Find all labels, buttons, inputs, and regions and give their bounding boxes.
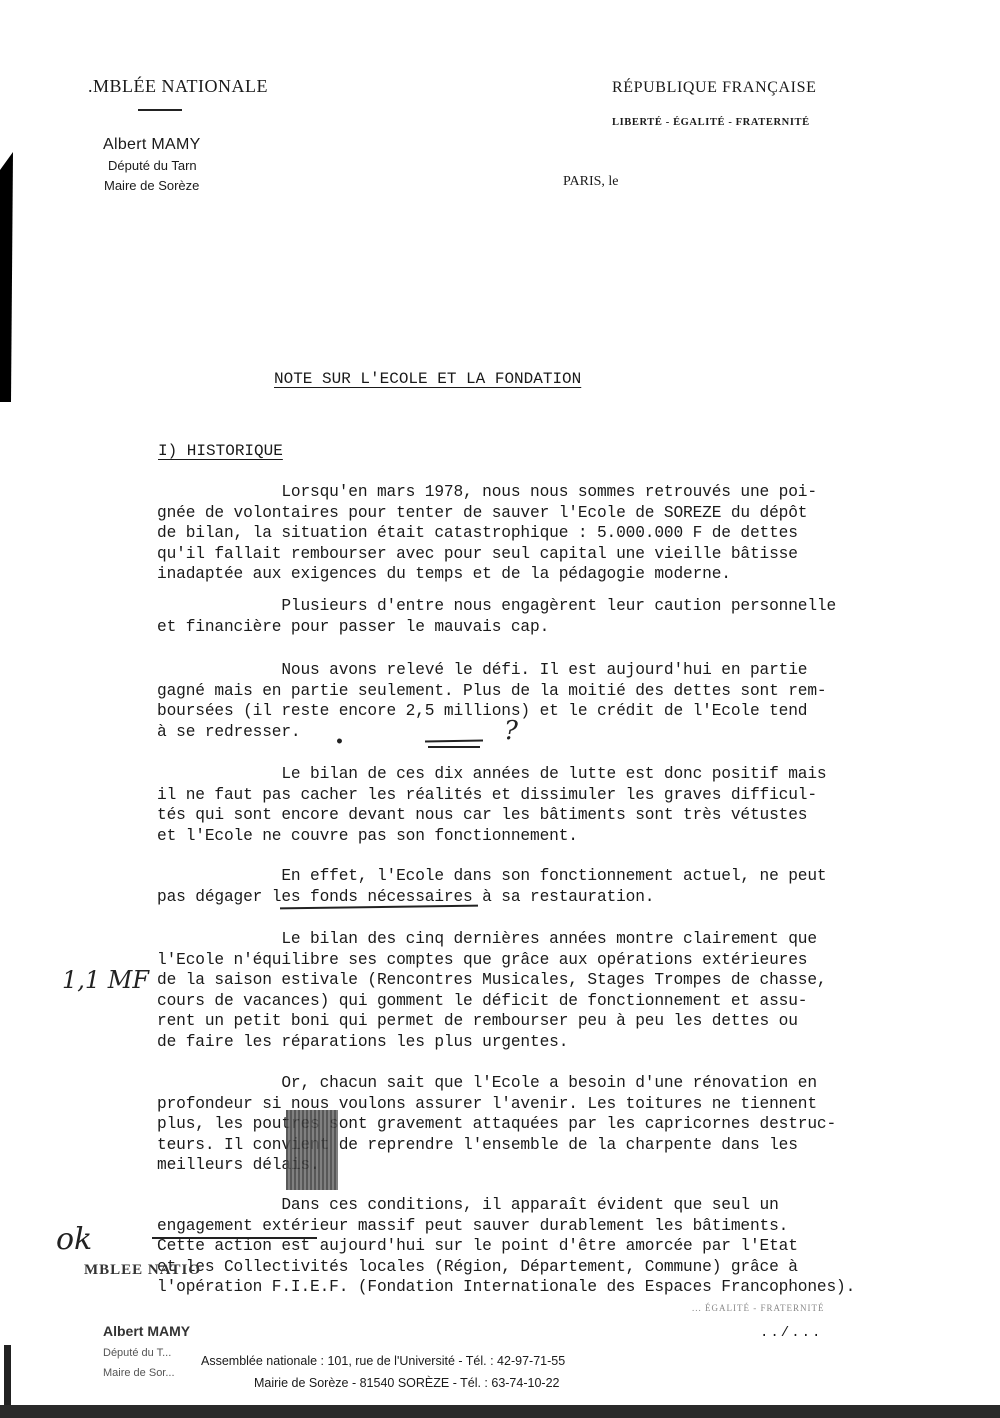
paragraph: Le bilan de ces dix années de lutte est … — [157, 764, 897, 846]
text-line: et financière pour passer le mauvais cap… — [157, 617, 897, 638]
text-line: engagement extérieur massif peut sauver … — [157, 1216, 897, 1237]
footer-address-mairie: Mairie de Sorèze - 81540 SORÈZE - Tél. :… — [254, 1376, 559, 1390]
text-line: Or, chacun sait que l'Ecole a besoin d'u… — [157, 1073, 897, 1094]
scan-smudge — [286, 1110, 338, 1190]
text-line: Lorsqu'en mars 1978, nous nous sommes re… — [157, 482, 897, 503]
text-line: En effet, l'Ecole dans son fonctionnemen… — [157, 866, 897, 887]
text-line: et l'Ecole ne couvre pas son fonctionnem… — [157, 826, 897, 847]
text-line: Plusieurs d'entre nous engagèrent leur c… — [157, 596, 897, 617]
place-date: PARIS, le — [563, 174, 619, 190]
text-line: gagné mais en partie seulement. Plus de … — [157, 681, 897, 702]
text-line: de bilan, la situation était catastrophi… — [157, 523, 897, 544]
margin-note: 1,1 MF — [62, 966, 149, 994]
text-line: Cette action est aujourd'hui sur le poin… — [157, 1236, 897, 1257]
ghost-motto: ... ÉGALITÉ - FRATERNITÉ — [692, 1303, 824, 1313]
paragraph: Nous avons relevé le défi. Il est aujour… — [157, 660, 897, 742]
text-line: Dans ces conditions, il apparaît évident… — [157, 1195, 897, 1216]
paragraph: Dans ces conditions, il apparaît évident… — [157, 1195, 897, 1298]
document-title: NOTE SUR L'ECOLE ET LA FONDATION — [274, 370, 581, 388]
paragraph: Lorsqu'en mars 1978, nous nous sommes re… — [157, 482, 897, 585]
text-line: rent un petit boni qui permet de rembour… — [157, 1011, 897, 1032]
text-line: meilleurs délais. — [157, 1155, 897, 1176]
text-line: pas dégager les fonds nécessaires à sa r… — [157, 887, 897, 908]
text-line: boursées (il reste encore 2,5 millions) … — [157, 701, 897, 722]
assembly-header: .MBLÉE NATIONALE — [88, 76, 268, 97]
scan-edge-shadow — [0, 152, 13, 402]
text-line: l'opération F.I.E.F. (Fondation Internat… — [157, 1277, 897, 1298]
text-line: de faire les réparations les plus urgent… — [157, 1032, 897, 1053]
scan-bottom-edge — [0, 1405, 1000, 1418]
text-line: il ne faut pas cacher les réalités et di… — [157, 785, 897, 806]
text-line: qu'il fallait rembourser avec pour seul … — [157, 544, 897, 565]
paragraph: Le bilan des cinq dernières années montr… — [157, 929, 897, 1052]
paragraph: Or, chacun sait que l'Ecole a besoin d'u… — [157, 1073, 897, 1176]
text-line: l'Ecole n'équilibre ses comptes que grâc… — [157, 950, 897, 971]
text-line: teurs. Il convient de reprendre l'ensemb… — [157, 1135, 897, 1156]
scan-edge-mark — [4, 1345, 11, 1407]
deputy-role: Député du Tarn — [108, 158, 197, 173]
republic-header: RÉPUBLIQUE FRANÇAISE — [612, 79, 816, 97]
footer-role: Député du T... — [103, 1347, 171, 1359]
text-line: Le bilan des cinq dernières années montr… — [157, 929, 897, 950]
header-rule — [138, 109, 182, 111]
text-line: gnée de volontaires pour tenter de sauve… — [157, 503, 897, 524]
continuation-mark: ../... — [760, 1325, 822, 1341]
text-line: Le bilan de ces dix années de lutte est … — [157, 764, 897, 785]
text-line: Nous avons relevé le défi. Il est aujour… — [157, 660, 897, 681]
text-line: inadaptée aux exigences du temps et de l… — [157, 564, 897, 585]
text-line: cours de vacances) qui gomment le défici… — [157, 991, 897, 1012]
motto: LIBERTÉ - ÉGALITÉ - FRATERNITÉ — [612, 117, 810, 128]
handwritten-question-mark: ? — [504, 716, 518, 746]
handwritten-dot: • — [335, 734, 344, 750]
handwritten-stroke — [425, 739, 483, 742]
paragraph: Plusieurs d'entre nous engagèrent leur c… — [157, 596, 897, 637]
section-heading: I) HISTORIQUE — [158, 442, 283, 460]
footer-address-assembly: Assemblée nationale : 101, rue de l'Univ… — [201, 1354, 565, 1368]
footer-role: Maire de Sor... — [103, 1367, 175, 1379]
deputy-name: Albert MAMY — [103, 136, 201, 154]
text-line: de la saison estivale (Rencontres Musica… — [157, 970, 897, 991]
text-line: plus, les poutres sont gravement attaqué… — [157, 1114, 897, 1135]
margin-note-ok: ok — [56, 1222, 92, 1257]
text-line: tés qui sont encore devant nous car les … — [157, 805, 897, 826]
handwritten-underline — [152, 1237, 317, 1239]
ghost-header: MBLEE NATIO — [84, 1262, 201, 1279]
mayor-role: Maire de Sorèze — [104, 178, 199, 193]
footer-name: Albert MAMY — [103, 1323, 190, 1339]
text-line: à se redresser. — [157, 722, 897, 743]
handwritten-stroke — [428, 746, 480, 748]
text-line: et les Collectivités locales (Région, Dé… — [157, 1257, 897, 1278]
text-line: profondeur si nous voulons assurer l'ave… — [157, 1094, 897, 1115]
paragraph: En effet, l'Ecole dans son fonctionnemen… — [157, 866, 897, 907]
